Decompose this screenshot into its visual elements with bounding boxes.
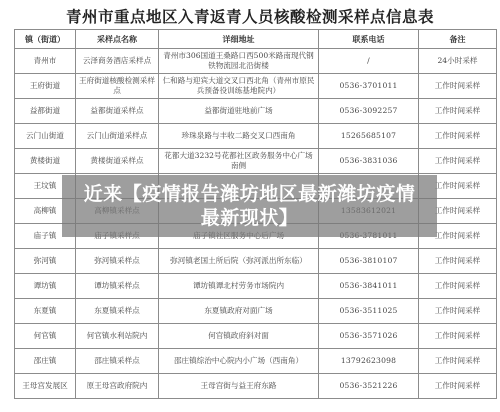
- cell-town: 青州市: [15, 49, 76, 74]
- cell-site: 黄楼街道采样点: [76, 149, 159, 174]
- cell-town: 邵庄镇: [15, 349, 76, 374]
- cell-note: 工作时间采样: [419, 274, 497, 299]
- cell-note: 工作时间采样: [419, 324, 497, 349]
- cell-note: 工作时间采样: [419, 124, 497, 149]
- cell-town: 王母宫发展区: [15, 374, 76, 399]
- table-row: 黄楼街道 黄楼街道采样点 花都大道3232号花都社区政务服务中心广场南侧 053…: [15, 149, 497, 174]
- cell-phone: 0536-3511025: [319, 299, 419, 324]
- cell-address: 益都街道驻地前广场: [159, 99, 319, 124]
- header-site: 采样点名称: [76, 30, 159, 49]
- cell-site: 原王母宫政府院内: [76, 374, 159, 399]
- cell-phone: 0536-3831036: [319, 149, 419, 174]
- cell-phone: 13792623098: [319, 349, 419, 374]
- cell-address: 邵庄镇综治中心院内小广场（西南角）: [159, 349, 319, 374]
- cell-address: 弥河镇老国土所后院（弥河派出所东临）: [159, 249, 319, 274]
- cell-town: 王府街道: [15, 74, 76, 99]
- cell-town: 黄楼街道: [15, 149, 76, 174]
- cell-address: 花都大道3232号花都社区政务服务中心广场南侧: [159, 149, 319, 174]
- cell-phone: 0536-3571026: [319, 324, 419, 349]
- cell-phone: 0536-3701011: [319, 74, 419, 99]
- cell-address: 珍珠泉路与丰收二路交叉口西南角: [159, 124, 319, 149]
- cell-note: 24小时采样: [419, 49, 497, 74]
- cell-note: 工作时间采样: [419, 299, 497, 324]
- table-row: 何官镇 何官镇水利站院内 何官镇政府斜对面 0536-3571026 工作时间采…: [15, 324, 497, 349]
- document-title: 青州市重点地区入青返青人员核酸检测采样点信息表: [0, 5, 500, 27]
- cell-note: 工作时间采样: [419, 74, 497, 99]
- cell-town: 东夏镇: [15, 299, 76, 324]
- cell-town: 益都街道: [15, 99, 76, 124]
- cell-town: 弥河镇: [15, 249, 76, 274]
- headline-overlay-text: 近来【疫情报告潍坊地区最新潍坊疫情最新现状】: [80, 182, 420, 230]
- table-row: 弥河镇 弥河镇采样点 弥河镇老国土所后院（弥河派出所东临） 0536-38101…: [15, 249, 497, 274]
- cell-note: 工作时间采样: [419, 99, 497, 124]
- header-phone: 联系电话: [319, 30, 419, 49]
- cell-site: 谭坊镇采样点: [76, 274, 159, 299]
- cell-town: 何官镇: [15, 324, 76, 349]
- table-row: 王母宫发展区 原王母宫政府院内 王母宫街与益王府东路 0536-3521226 …: [15, 374, 497, 399]
- cell-note: 工作时间采样: [419, 374, 497, 399]
- cell-site: 弥河镇采样点: [76, 249, 159, 274]
- table-row: 谭坊镇 谭坊镇采样点 谭坊镇谭北村劳务市场院内 0536-3841011 工作时…: [15, 274, 497, 299]
- header-note: 备注: [419, 30, 497, 49]
- table-row: 云门山街道 云门山街道采样点 珍珠泉路与丰收二路交叉口西南角 152656851…: [15, 124, 497, 149]
- cell-address: 青州市306国道王桑路口西500米路南现代钢铁物流园北沿街楼: [159, 49, 319, 74]
- cell-address: 东夏镇政府对面广场: [159, 299, 319, 324]
- cell-address: 谭坊镇谭北村劳务市场院内: [159, 274, 319, 299]
- cell-site: 王府街道核酸检测采样点: [76, 74, 159, 99]
- cell-address: 何官镇政府斜对面: [159, 324, 319, 349]
- table-row: 青州市 云泽商务酒店采样点 青州市306国道王桑路口西500米路南现代钢铁物流园…: [15, 49, 497, 74]
- header-address: 详细地址: [159, 30, 319, 49]
- headline-overlay-banner: 近来【疫情报告潍坊地区最新潍坊疫情最新现状】: [62, 175, 437, 237]
- table-header-row: 镇（街道） 采样点名称 详细地址 联系电话 备注: [15, 30, 497, 49]
- cell-phone: 0536-3810107: [319, 249, 419, 274]
- cell-site: 益都街道采样点: [76, 99, 159, 124]
- header-town: 镇（街道）: [15, 30, 76, 49]
- cell-note: 工作时间采样: [419, 349, 497, 374]
- cell-site: 云门山街道采样点: [76, 124, 159, 149]
- cell-address: 王母宫街与益王府东路: [159, 374, 319, 399]
- cell-phone: 0536-3092257: [319, 99, 419, 124]
- cell-note: 工作时间采样: [419, 249, 497, 274]
- cell-town: 云门山街道: [15, 124, 76, 149]
- cell-phone: 0536-3841011: [319, 274, 419, 299]
- table-row: 王府街道 王府街道核酸检测采样点 仁和路与迎宾大道交叉口西北角（青州市原民兵预备…: [15, 74, 497, 99]
- table-row: 邵庄镇 邵庄镇采样点 邵庄镇综治中心院内小广场（西南角） 13792623098…: [15, 349, 497, 374]
- table-row: 益都街道 益都街道采样点 益都街道驻地前广场 0536-3092257 工作时间…: [15, 99, 497, 124]
- cell-site: 东夏镇采样点: [76, 299, 159, 324]
- cell-town: 谭坊镇: [15, 274, 76, 299]
- cell-site: 邵庄镇采样点: [76, 349, 159, 374]
- table-row: 东夏镇 东夏镇采样点 东夏镇政府对面广场 0536-3511025 工作时间采样: [15, 299, 497, 324]
- cell-site: 何官镇水利站院内: [76, 324, 159, 349]
- cell-phone: /: [319, 49, 419, 74]
- cell-site: 云泽商务酒店采样点: [76, 49, 159, 74]
- cell-note: 工作时间采样: [419, 149, 497, 174]
- cell-phone: 15265685107: [319, 124, 419, 149]
- cell-address: 仁和路与迎宾大道交叉口西北角（青州市原民兵预备役训练基地院内）: [159, 74, 319, 99]
- cell-phone: 0536-3521226: [319, 374, 419, 399]
